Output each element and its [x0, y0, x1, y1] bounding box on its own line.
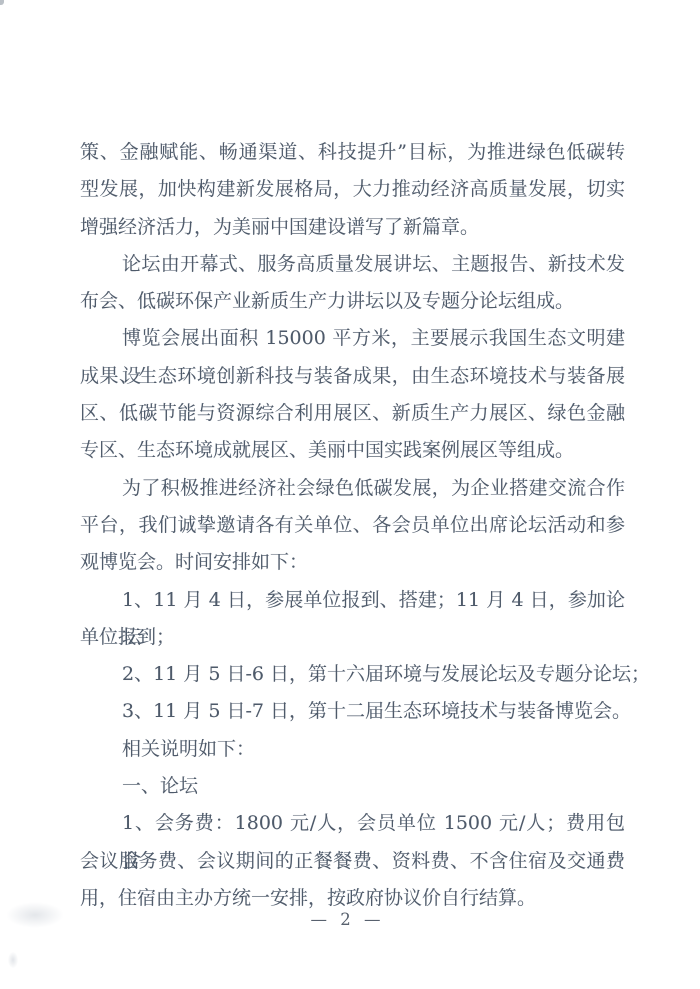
text-line: 为了积极推进经济社会绿色低碳发展，为企业搭建交流合作 — [80, 470, 625, 507]
paragraph-schedule-item-2: 2、11 月 5 日-6 日，第十六届环境与发展论坛及专题分论坛； — [80, 656, 625, 693]
text-line: 专区、生态环境成就展区、美丽中国实践案例展区等组成。 — [80, 432, 625, 469]
text-line: 布会、低碳环保产业新质生产力讲坛以及专题分论坛组成。 — [80, 283, 625, 320]
scan-speck — [0, 0, 4, 5]
scan-smudge — [8, 952, 18, 968]
text-line: 观博览会。时间安排如下： — [80, 544, 625, 581]
paragraph-schedule-item-1: 1、11 月 4 日，参展单位报到、搭建；11 月 4 日，参加论坛 单位报到； — [80, 582, 625, 657]
scanned-document-page: 策、金融赋能、畅通渠道、科技提升”目标，为推进绿色低碳转 型发展，加快构建新发展… — [0, 0, 700, 989]
text-line: 型发展，加快构建新发展格局，大力推动经济高质量发展，切实 — [80, 171, 625, 208]
text-line: 2、11 月 5 日-6 日，第十六届环境与发展论坛及专题分论坛； — [80, 656, 625, 693]
text-line: 论坛由开幕式、服务高质量发展讲坛、主题报告、新技术发 — [80, 246, 625, 283]
text-line: 1、11 月 4 日，参展单位报到、搭建；11 月 4 日，参加论坛 — [80, 582, 625, 619]
paragraph-forum-composition: 论坛由开幕式、服务高质量发展讲坛、主题报告、新技术发 布会、低碳环保产业新质生产… — [80, 246, 625, 321]
text-line: 1、会务费：1800 元/人，会员单位 1500 元/人；费用包含： — [80, 805, 625, 842]
paragraph-expo-area: 博览会展出面积 15000 平方米，主要展示我国生态文明建设 成果、生态环境创新… — [80, 320, 625, 469]
text-line: 增强经济活力，为美丽中国建设谱写了新篇章。 — [80, 209, 625, 246]
paragraph-goals: 策、金融赋能、畅通渠道、科技提升”目标，为推进绿色低碳转 型发展，加快构建新发展… — [80, 134, 625, 246]
text-line: 相关说明如下： — [80, 731, 625, 768]
document-body: 策、金融赋能、畅通渠道、科技提升”目标，为推进绿色低碳转 型发展，加快构建新发展… — [80, 134, 625, 917]
text-line: 区、低碳节能与资源综合利用展区、新质生产力展区、绿色金融 — [80, 395, 625, 432]
text-line: 单位报到； — [80, 619, 625, 656]
paragraph-notes-intro: 相关说明如下： — [80, 731, 625, 768]
text-line: 博览会展出面积 15000 平方米，主要展示我国生态文明建设 — [80, 320, 625, 357]
paragraph-invitation: 为了积极推进经济社会绿色低碳发展，为企业搭建交流合作 平台，我们诚挚邀请各有关单… — [80, 470, 625, 582]
paragraph-section-heading-forum: 一、论坛 — [80, 768, 625, 805]
text-line: 平台，我们诚挚邀请各有关单位、各会员单位出席论坛活动和参 — [80, 507, 625, 544]
page-number: — 2 — — [0, 906, 695, 934]
paragraph-schedule-item-3: 3、11 月 5 日-7 日，第十二届生态环境技术与装备博览会。 — [80, 693, 625, 730]
text-line: 策、金融赋能、畅通渠道、科技提升”目标，为推进绿色低碳转 — [80, 134, 625, 171]
text-line: 会议服务费、会议期间的正餐餐费、资料费、不含住宿及交通费 — [80, 843, 625, 880]
scan-smudge — [6, 902, 64, 928]
paragraph-conference-fee: 1、会务费：1800 元/人，会员单位 1500 元/人；费用包含： 会议服务费… — [80, 805, 625, 917]
text-line: 一、论坛 — [80, 768, 625, 805]
text-line: 3、11 月 5 日-7 日，第十二届生态环境技术与装备博览会。 — [80, 693, 625, 730]
text-line: 成果、生态环境创新科技与装备成果，由生态环境技术与装备展 — [80, 358, 625, 395]
